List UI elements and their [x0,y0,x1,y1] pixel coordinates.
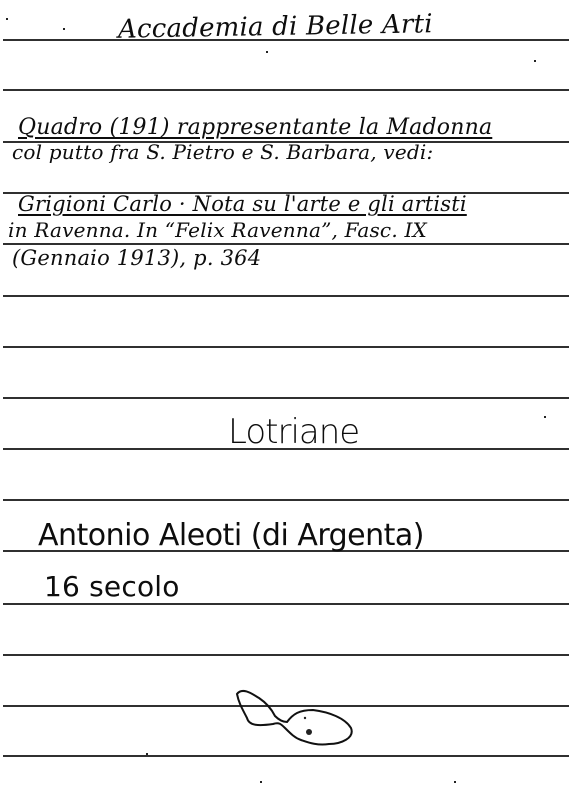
ruled-line [3,603,569,605]
paper-speck [534,60,536,62]
paper-speck [266,51,268,53]
reference-line-1: Grigioni Carlo · Nota su l'arte e gli ar… [18,192,467,216]
artist-name: Antonio Aleoti (di Argenta) [38,518,424,553]
century: 16 secolo [44,570,180,603]
ink-blot-icon [225,688,365,758]
paper-speck [544,416,546,418]
ruled-line [3,397,569,399]
paper-speck [454,781,456,783]
paper-speck [260,781,262,783]
ruled-line [3,243,569,245]
ruled-line [3,89,569,91]
paper-speck [6,18,8,20]
paper-speck [146,753,148,755]
paper-speck [63,28,65,30]
description-line-2: col putto fra S. Pietro e S. Barbara, ve… [12,140,433,164]
ruled-line [3,295,569,297]
index-card: Accademia di Belle Arti Quadro (191) rap… [0,0,571,800]
ruled-line [3,654,569,656]
ruled-line [3,346,569,348]
description-line-1: Quadro (191) rappresentante la Madonna [18,115,492,140]
signature: Lotriane [228,412,359,452]
reference-line-3: (Gennaio 1913), p. 364 [12,246,261,270]
reference-line-2: in Ravenna. In “Felix Ravenna”, Fasc. IX [8,218,427,242]
ruled-line [3,499,569,501]
card-heading: Accademia di Belle Arti [118,9,433,44]
